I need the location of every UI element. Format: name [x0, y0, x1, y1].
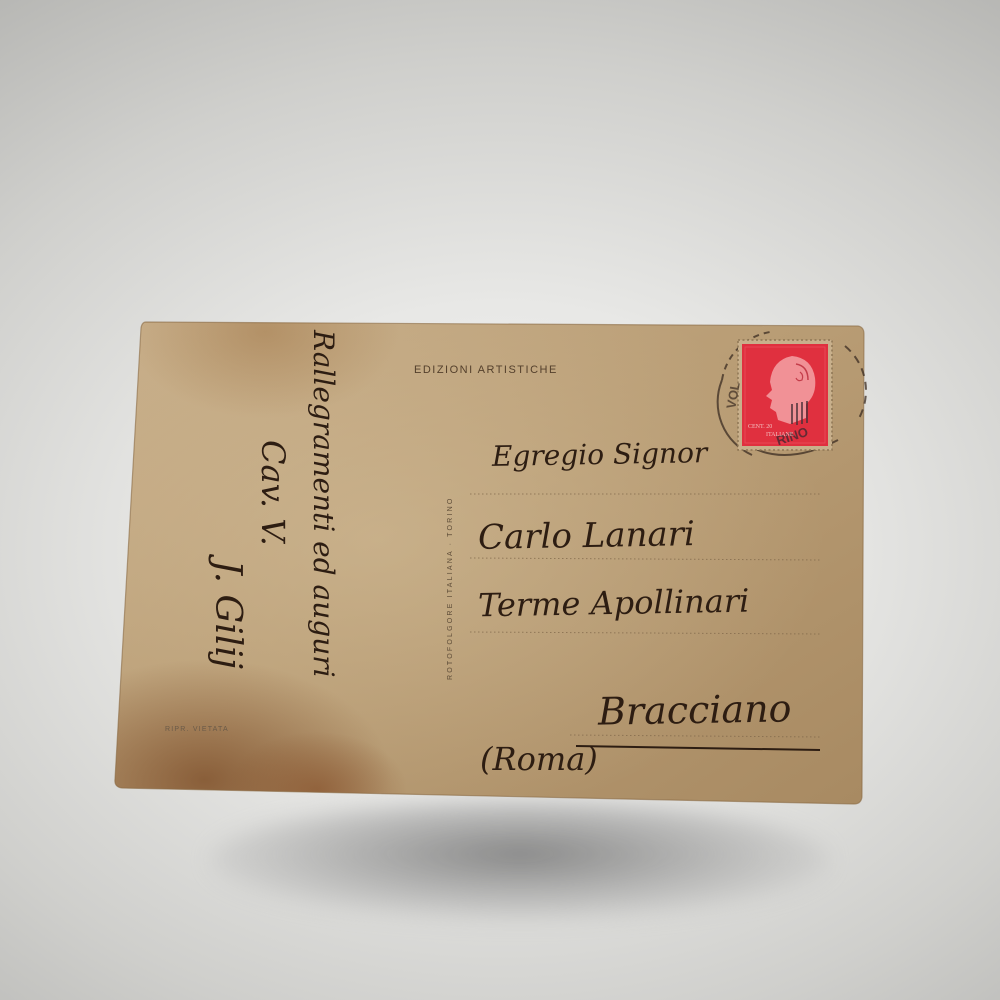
message-text: Rallegramenti ed auguri [307, 330, 340, 678]
stamp-value: CENT. 20 [748, 424, 772, 430]
photo-scene: RINO VOL EDIZIONI ARTISTICHE ROTOFOLGORE… [0, 0, 1000, 1000]
address-province: (Roma) [480, 740, 598, 778]
postcard-body: RINO VOL [0, 0, 1000, 1000]
publisher-header: EDIZIONI ARTISTICHE [414, 364, 558, 376]
signature-line-2: J. Gilij [207, 560, 248, 669]
signature-line-1: Cav. V. [254, 440, 292, 546]
address-recipient: Carlo Lanari [478, 514, 696, 558]
photo-type-label: RIPR. VIETATA [165, 726, 229, 733]
stamp-country: ITALIANE [766, 432, 794, 438]
address-city: Bracciano [598, 686, 792, 733]
printer-line: ROTOFOLGORE ITALIANA · TORINO [447, 497, 454, 680]
postcard: RINO VOL EDIZIONI ARTISTICHE ROTOFOLGORE… [0, 0, 1000, 1000]
address-street: Terme Apollinari [478, 582, 750, 625]
address-salutation: Egregio Signor [492, 436, 708, 473]
postage-stamp: CENT. 20 ITALIANE [740, 342, 830, 448]
